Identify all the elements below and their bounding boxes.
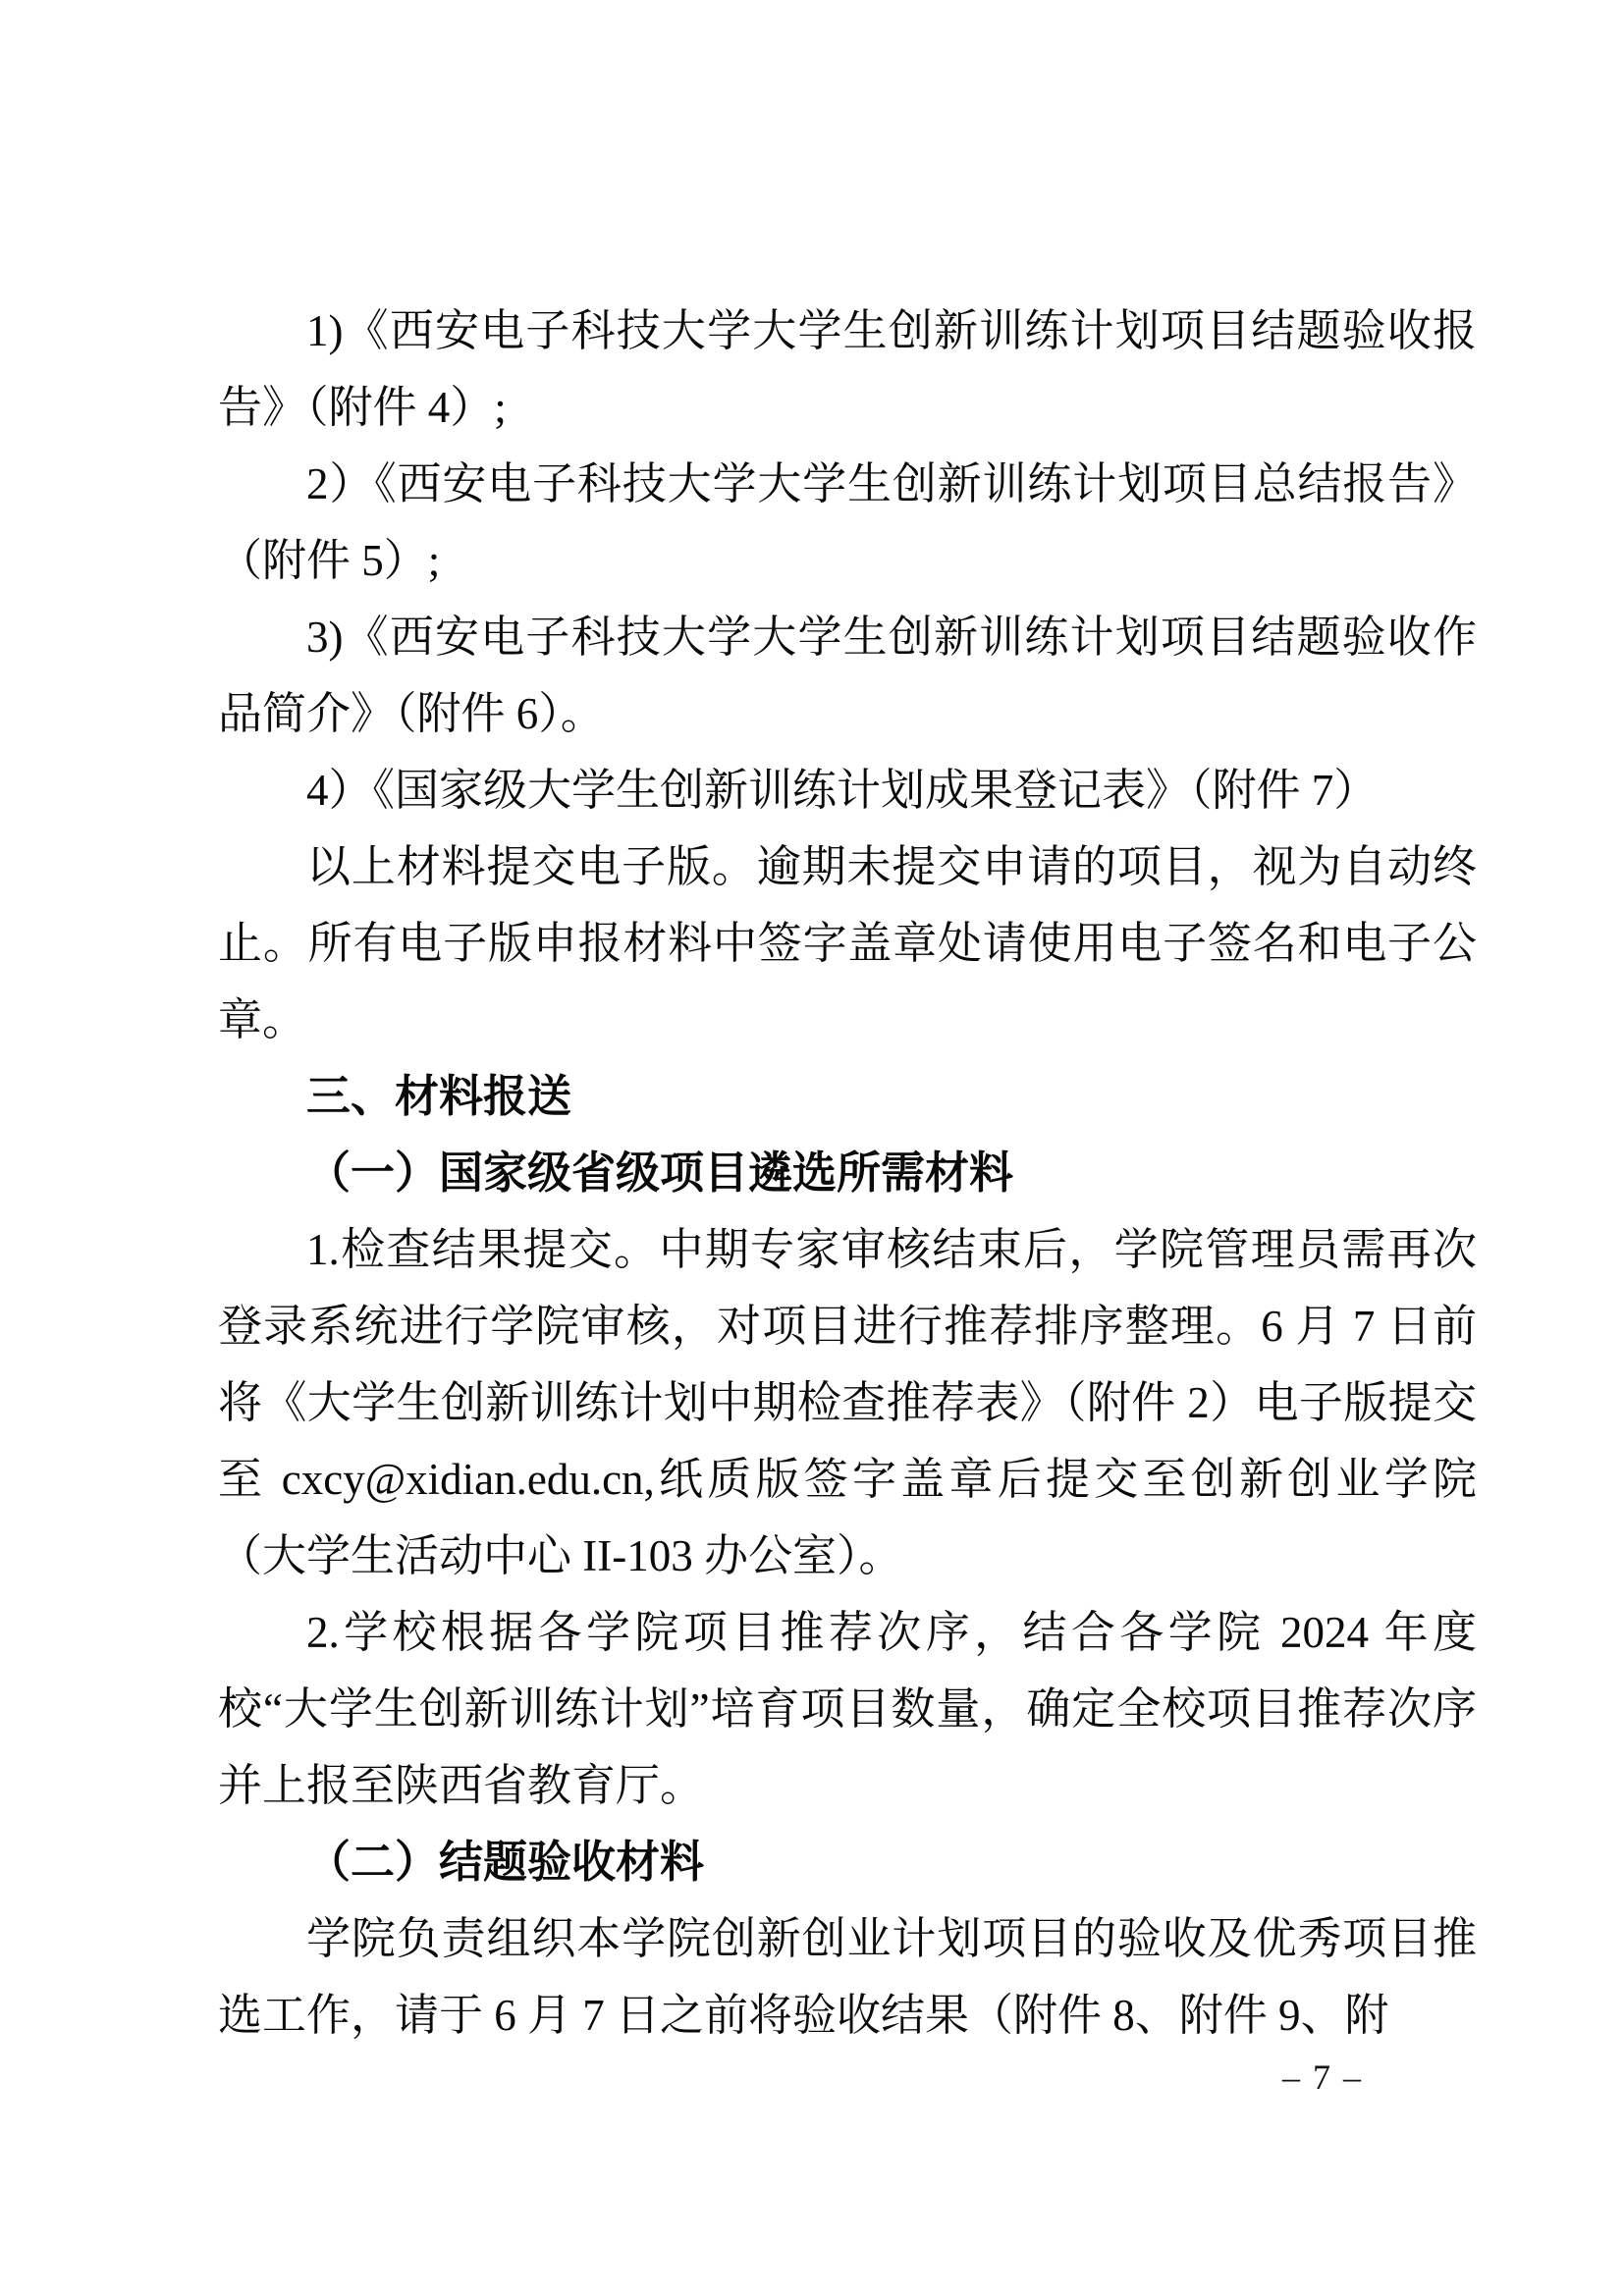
paragraph-item-3-attachment-6: 3)《西安电子科技大学大学生创新训练计划项目结题验收作品简介》（附件 6）。 xyxy=(218,599,1477,752)
paragraph-item-2-attachment-5: 2）《西安电子科技大学大学生创新训练计划项目总结报告》（附件 5）; xyxy=(218,446,1477,599)
heading-sub-2-acceptance-materials: （二）结题验收材料 xyxy=(218,1824,1477,1900)
heading-section-3-materials-submission: 三、材料报送 xyxy=(218,1058,1477,1135)
paragraph-college-acceptance-organization: 学院负责组织本学院创新创业计划项目的验收及优秀项目推选工作，请于 6 月 7 日… xyxy=(218,1900,1477,2054)
document-page: 1)《西安电子科技大学大学生创新训练计划项目结题验收报告》（附件 4）; 2）《… xyxy=(0,0,1624,2296)
paragraph-school-recommendation-order: 2.学校根据各学院项目推荐次序，结合各学院 2024 年度校“大学生创新训练计划… xyxy=(218,1594,1477,1824)
paragraph-item-4-attachment-7: 4）《国家级大学生创新训练计划成果登记表》（附件 7） xyxy=(218,752,1477,828)
document-body: 1)《西安电子科技大学大学生创新训练计划项目结题验收报告》（附件 4）; 2）《… xyxy=(218,293,1477,2054)
paragraph-check-result-submission: 1.检查结果提交。中期专家审核结束后，学院管理员需再次登录系统进行学院审核，对项… xyxy=(218,1211,1477,1594)
page-number: – 7 – xyxy=(1282,2057,1363,2097)
heading-sub-1-national-provincial-selection-materials: （一）国家级省级项目遴选所需材料 xyxy=(218,1135,1477,1211)
paragraph-electronic-submission-note: 以上材料提交电子版。逾期未提交申请的项目，视为自动终止。所有电子版申报材料中签字… xyxy=(218,828,1477,1058)
paragraph-item-1-attachment-4: 1)《西安电子科技大学大学生创新训练计划项目结题验收报告》（附件 4）; xyxy=(218,293,1477,446)
